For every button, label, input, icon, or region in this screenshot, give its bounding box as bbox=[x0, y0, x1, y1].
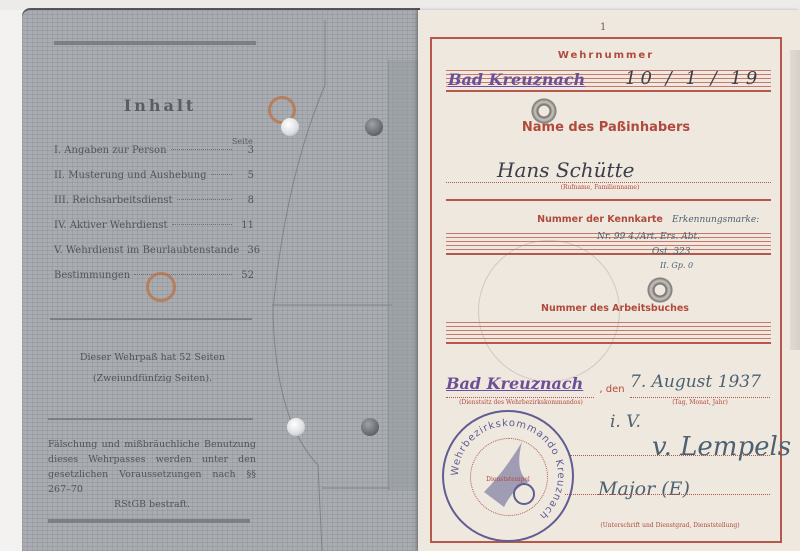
name-caption: (Rufname, Familienname) bbox=[540, 184, 660, 191]
toc-item-label: Bestimmungen bbox=[54, 270, 130, 281]
den-label: , den bbox=[594, 384, 630, 395]
name-label: Name des Paßinhabers bbox=[440, 120, 772, 135]
legal-warning-law: RStGB bestraft. bbox=[48, 497, 256, 512]
date-caption: (Tag, Monat, Jahr) bbox=[650, 399, 750, 406]
toc-item-page: 52 bbox=[236, 270, 254, 281]
name-line bbox=[446, 182, 771, 183]
kennkarte-note-2: Nr. 99 4./Art. Ers. Abt. bbox=[597, 232, 700, 242]
toc-item-label: II. Musterung und Aushebung bbox=[54, 170, 207, 181]
kennkarte-note-3: Ost. 323 bbox=[652, 247, 691, 257]
leader-dots bbox=[177, 199, 232, 200]
name-value[interactable]: Hans Schütte bbox=[497, 158, 634, 182]
rank[interactable]: Major (E) bbox=[598, 478, 690, 500]
cover-flap bbox=[388, 60, 419, 490]
signature-prefix: i. V. bbox=[610, 412, 641, 432]
issue-date[interactable]: 7. August 1937 bbox=[630, 372, 761, 392]
rank-line bbox=[565, 494, 770, 495]
section-divider bbox=[446, 199, 771, 201]
issue-place-caption: (Dienstsitz des Wehrbezirkskommandos) bbox=[446, 399, 596, 406]
toc-item[interactable]: II. Musterung und Aushebung5 bbox=[54, 170, 254, 186]
page-count-words: (Zweiundfünfzig Seiten). bbox=[50, 371, 255, 387]
signature-caption: (Unterschrift und Dienstgrad, Dienststel… bbox=[580, 522, 760, 529]
punch-hole bbox=[287, 418, 305, 436]
toc-item-label: III. Reichsarbeitsdienst bbox=[54, 195, 173, 206]
legal-warning: Fälschung und mißbräuchliche Benutzung d… bbox=[48, 437, 256, 512]
kennkarte-note-4: II. Gp. 0 bbox=[660, 261, 693, 270]
legal-warning-text: Fälschung und mißbräuchliche Benutzung d… bbox=[48, 439, 256, 495]
page-number: 1 bbox=[600, 22, 606, 33]
toc-item-page: 11 bbox=[236, 220, 254, 231]
toc-item-page: 5 bbox=[236, 170, 254, 181]
seal-center-text: Dienststempel bbox=[478, 476, 538, 483]
toc-title: Inhalt bbox=[70, 96, 250, 115]
issue-place-line bbox=[446, 397, 594, 398]
toc-item-page: 8 bbox=[236, 195, 254, 206]
punch-hole bbox=[281, 118, 299, 136]
divider-rule bbox=[50, 318, 252, 320]
toc-item-label: I. Angaben zur Person bbox=[54, 145, 167, 156]
page-edge bbox=[790, 50, 800, 350]
bottom-rule bbox=[48, 519, 250, 523]
top-rule bbox=[54, 41, 256, 45]
toc-item-label: IV. Aktiver Wehrdienst bbox=[54, 220, 168, 231]
leader-dots bbox=[134, 274, 232, 275]
wehrnummer-value[interactable]: 10 / 1 / 19 bbox=[625, 68, 761, 89]
date-line bbox=[630, 397, 770, 398]
divider-rule bbox=[48, 418, 253, 420]
wehrnummer-stamp: Bad Kreuznach bbox=[448, 70, 585, 89]
toc-item-page: 3 bbox=[236, 145, 254, 156]
toc-item[interactable]: I. Angaben zur Person3 bbox=[54, 145, 254, 161]
toc-item[interactable]: III. Reichsarbeitsdienst8 bbox=[54, 195, 254, 211]
signature-line bbox=[570, 455, 770, 456]
eyelet bbox=[647, 277, 673, 303]
leader-dots bbox=[211, 174, 232, 175]
issue-place-stamp: Bad Kreuznach bbox=[446, 374, 583, 393]
page-count-note: Dieser Wehrpaß hat 52 Seiten bbox=[50, 350, 255, 366]
toc-item-label: V. Wehrdienst im Beurlaubtenstande bbox=[54, 245, 239, 256]
arbeitsbuch-label: Nummer des Arbeitsbuches bbox=[520, 303, 710, 314]
leader-dots bbox=[172, 224, 232, 225]
rust-stain bbox=[146, 272, 176, 302]
punch-hole bbox=[365, 118, 383, 136]
toc-item[interactable]: IV. Aktiver Wehrdienst11 bbox=[54, 220, 254, 236]
toc-item-page: 36 bbox=[247, 245, 260, 256]
kennkarte-note-1: Erkennungsmarke: bbox=[672, 215, 759, 225]
kennkarte-label: Nummer der Kennkarte bbox=[520, 214, 680, 225]
leader-dots bbox=[171, 149, 232, 150]
wehrnummer-label: Wehrnummer bbox=[440, 50, 772, 61]
arbeitsbuch-lines bbox=[446, 322, 771, 344]
toc-item[interactable]: V. Wehrdienst im Beurlaubtenstande36 bbox=[54, 245, 254, 261]
punch-hole bbox=[361, 418, 379, 436]
signature[interactable]: v. Lempels bbox=[652, 432, 791, 462]
